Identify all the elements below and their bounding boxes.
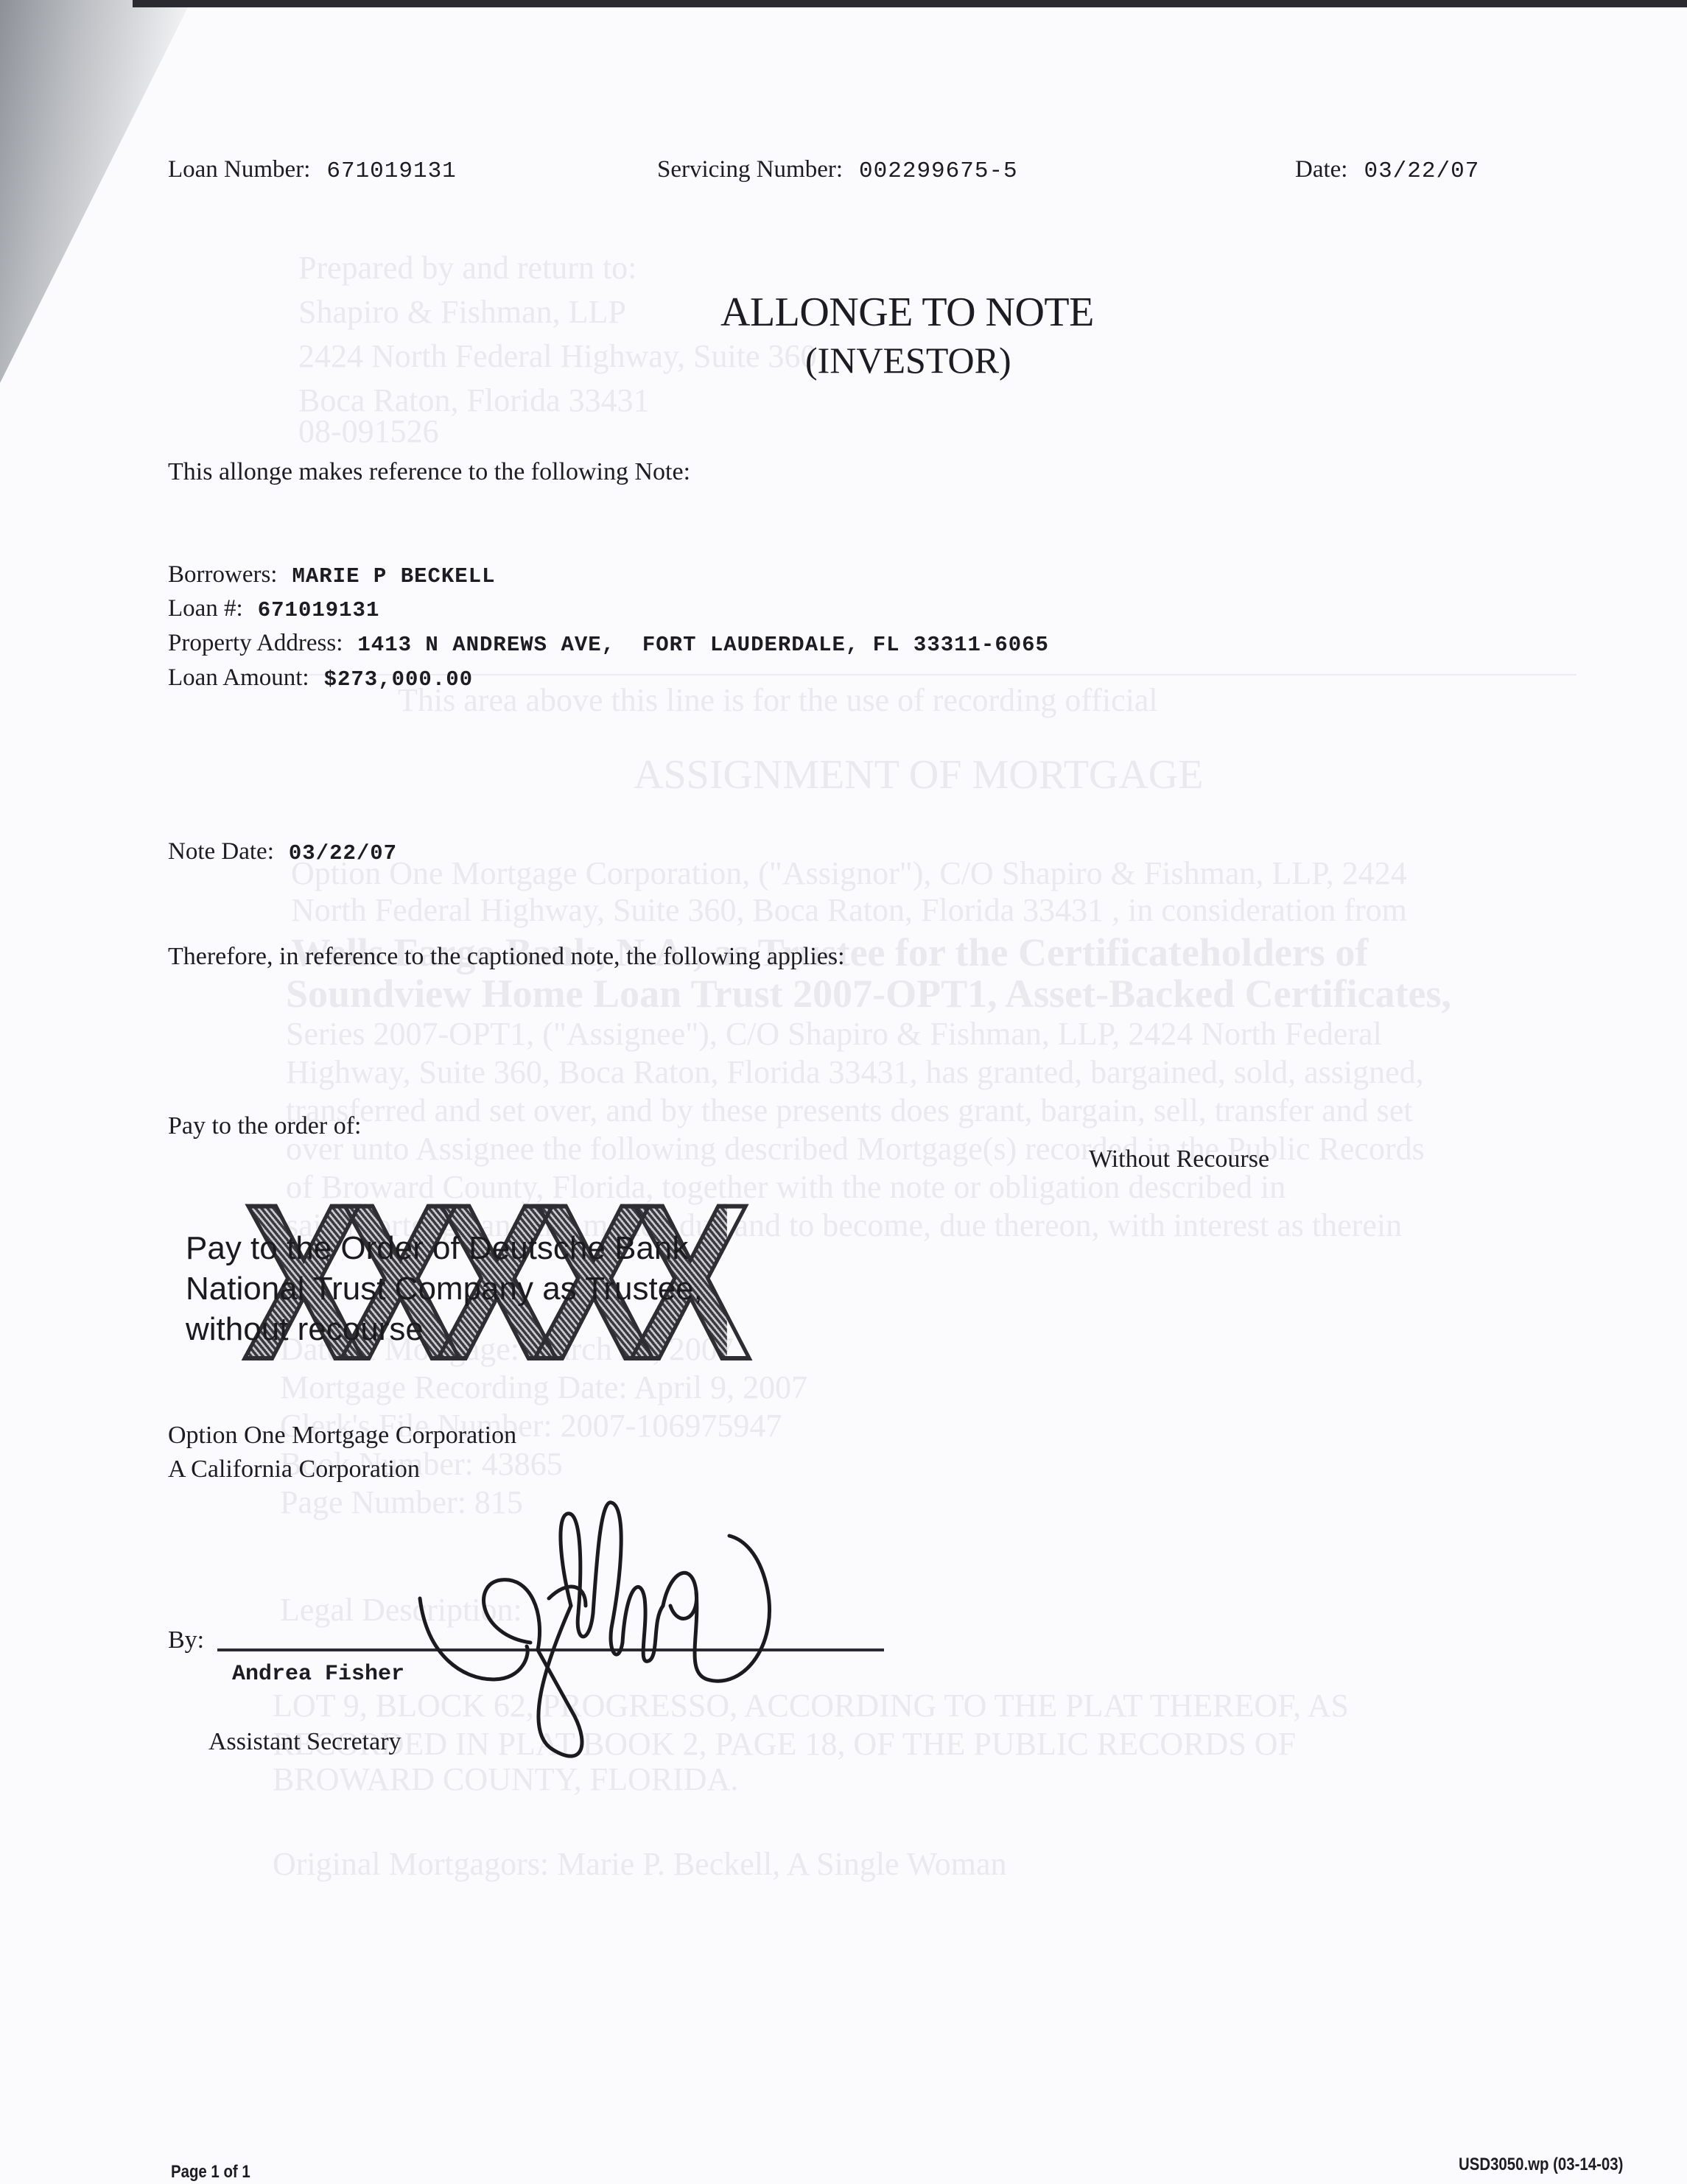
field-loan-no: Loan #:671019131 [168, 595, 379, 622]
stamp-line-2: National Trust Company as Trustee, [186, 1271, 703, 1307]
date-label: Date: [1295, 156, 1347, 183]
field-note-date: Note Date:03/22/07 [168, 838, 397, 865]
without-recourse-label: Without Recourse [1089, 1145, 1269, 1173]
bleed-original-mortgagors: Original Mortgagors: Marie P. Beckell, A… [273, 1845, 1007, 1883]
field-property-address: Property Address:1413 N ANDREWS AVE, FOR… [168, 630, 1049, 657]
scan-top-edge [133, 0, 1687, 7]
loan-number-label: Loan Number: [168, 156, 310, 183]
stamp-line-1: Pay to the Order of Deutsche Bank [186, 1230, 688, 1267]
amount-label: Loan Amount: [168, 664, 309, 691]
company-type: A California Corporation [168, 1456, 420, 1483]
note-date-label: Note Date: [168, 838, 274, 865]
bleed-para-5: Highway, Suite 360, Boca Raton, Florida … [286, 1053, 1424, 1091]
header-date: Date:03/22/07 [1295, 156, 1479, 184]
bleed-para-4: Series 2007-OPT1, ("Assignee"), C/O Shap… [286, 1015, 1382, 1053]
bleed-prepared-by-0: Prepared by and return to: [298, 249, 636, 287]
property-label: Property Address: [168, 630, 343, 656]
stamp-line-3: without recourse [186, 1311, 424, 1348]
therefore-text: Therefore, in reference to the captioned… [168, 943, 845, 971]
bleed-prepared-by-2: 2424 North Federal Highway, Suite 360 [298, 337, 816, 375]
borrowers-value: MARIE P BECKELL [292, 564, 495, 589]
servicing-number-label: Servicing Number: [657, 156, 843, 183]
form-id: USD3050.wp (03-14-03) [1459, 2155, 1623, 2175]
signatory-name: Andrea Fisher [232, 1662, 404, 1687]
property-value: 1413 N ANDREWS AVE, FORT LAUDERDALE, FL … [357, 633, 1049, 657]
bleed-heading: ASSIGNMENT OF MORTGAGE [634, 751, 1203, 798]
bleed-recording-note: This area above this line is for the use… [398, 681, 1158, 719]
by-label: By: [168, 1626, 204, 1654]
bleed-para-6: transferred and set over, and by these p… [286, 1092, 1413, 1129]
signature-icon [398, 1495, 855, 1760]
document-subtitle: (INVESTOR) [805, 339, 1011, 382]
company-name: Option One Mortgage Corporation [168, 1422, 516, 1450]
bleed-legal-2: BROWARD COUNTY, FLORIDA. [273, 1760, 738, 1798]
servicing-number-value: 002299675-5 [859, 158, 1018, 184]
signatory-title: Assistant Secretary [208, 1728, 401, 1756]
borrowers-label: Borrowers: [168, 561, 277, 588]
bleed-prepared-by-4: 08-091526 [298, 412, 439, 450]
header-loan-number: Loan Number:671019131 [168, 156, 457, 184]
pay-to-order-label: Pay to the order of: [168, 1112, 362, 1140]
document-title: ALLONGE TO NOTE [720, 289, 1094, 336]
intro-text: This allonge makes reference to the foll… [168, 458, 690, 486]
loan-number-value: 671019131 [326, 158, 456, 184]
date-value: 03/22/07 [1364, 158, 1479, 184]
bleed-para-1: North Federal Highway, Suite 360, Boca R… [291, 891, 1407, 929]
loan-no-value: 671019131 [258, 598, 380, 622]
header-servicing-number: Servicing Number:002299675-5 [657, 156, 1018, 184]
field-borrowers: Borrowers:MARIE P BECKELL [168, 561, 496, 589]
scan-edge-shadow [0, 0, 192, 383]
bleed-para-3: Soundview Home Loan Trust 2007-OPT1, Ass… [286, 971, 1451, 1016]
bleed-recording-line [309, 674, 1576, 675]
bleed-prepared-by-1: Shapiro & Fishman, LLP [298, 293, 626, 331]
note-date-value: 03/22/07 [289, 841, 397, 865]
loan-no-label: Loan #: [168, 595, 243, 622]
page-number: Page 1 of 1 [171, 2162, 250, 2183]
field-loan-amount: Loan Amount:$273,000.00 [168, 664, 473, 692]
amount-value: $273,000.00 [324, 667, 473, 692]
bleed-para-0: Option One Mortgage Corporation, ("Assig… [291, 854, 1407, 892]
